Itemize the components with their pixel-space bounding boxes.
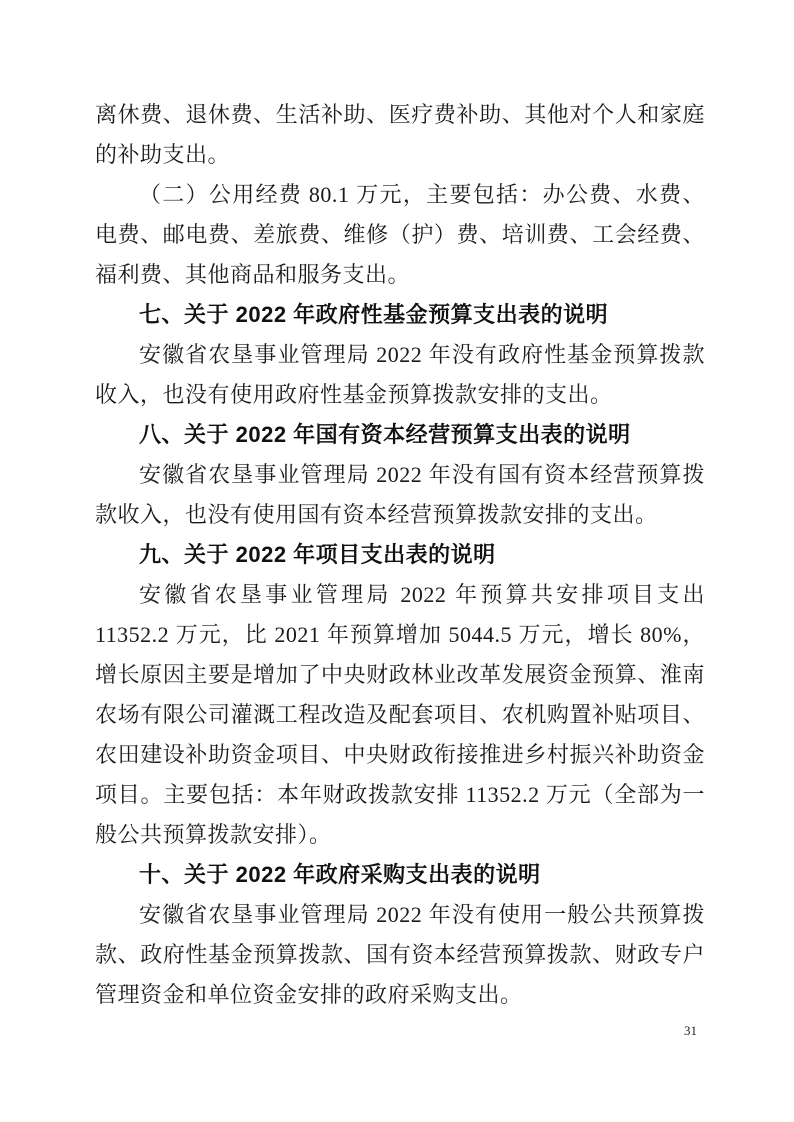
- body-paragraph: 安徽省农垦事业管理局 2022 年没有国有资本经营预算拨款收入，也没有使用国有资…: [95, 455, 705, 535]
- body-paragraph: 安徽省农垦事业管理局 2022 年预算共安排项目支出 11352.2 万元，比 …: [95, 575, 705, 855]
- section-heading: 八、关于 2022 年国有资本经营预算支出表的说明: [95, 415, 705, 455]
- section-heading: 九、关于 2022 年项目支出表的说明: [95, 535, 705, 575]
- body-paragraph: 安徽省农垦事业管理局 2022 年没有使用一般公共预算拨款、政府性基金预算拨款、…: [95, 895, 705, 1015]
- body-paragraph: 安徽省农垦事业管理局 2022 年没有政府性基金预算拨款收入，也没有使用政府性基…: [95, 335, 705, 415]
- document-page: 离休费、退休费、生活补助、医疗费补助、其他对个人和家庭的补助支出。（二）公用经费…: [0, 0, 794, 1122]
- body-paragraph: 离休费、退休费、生活补助、医疗费补助、其他对个人和家庭的补助支出。: [95, 95, 705, 175]
- page-number: 31: [684, 1022, 697, 1040]
- section-heading: 十、关于 2022 年政府采购支出表的说明: [95, 855, 705, 895]
- document-body: 离休费、退休费、生活补助、医疗费补助、其他对个人和家庭的补助支出。（二）公用经费…: [95, 95, 705, 1015]
- section-heading: 七、关于 2022 年政府性基金预算支出表的说明: [95, 295, 705, 335]
- body-paragraph: （二）公用经费 80.1 万元，主要包括：办公费、水费、电费、邮电费、差旅费、维…: [95, 175, 705, 295]
